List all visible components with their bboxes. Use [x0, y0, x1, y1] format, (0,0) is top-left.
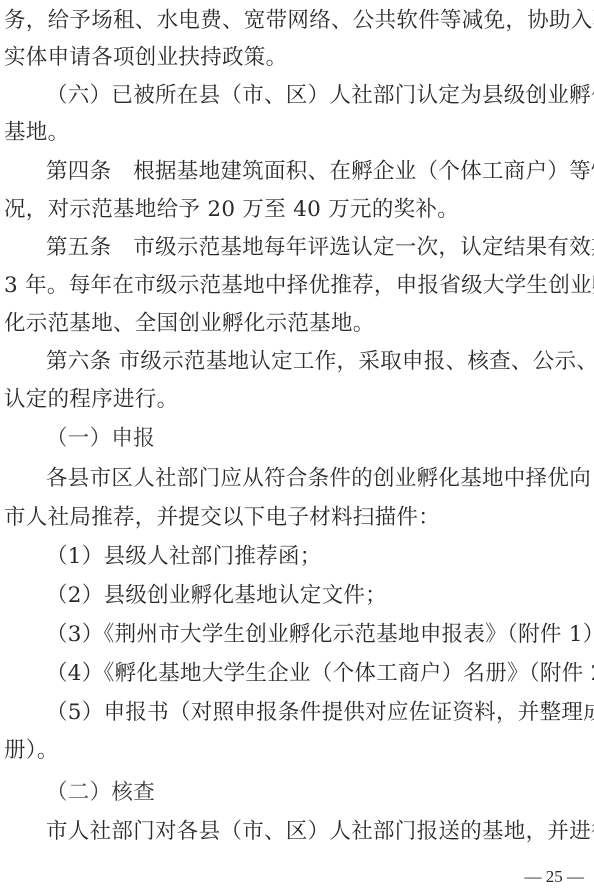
document-page: 务，给予场租、水电费、宽带网络、公共软件等减免，协助入驻 实体申请各项创业扶持政… [0, 0, 594, 892]
list-item: （3）《荆州市大学生创业孵化示范基地申报表》（附件 1）； [46, 622, 594, 648]
list-item: （5）申报书（对照申报条件提供对应佐证资料，并整理成 [46, 700, 594, 726]
text-line: （六）已被所在县（市、区）人社部门认定为县级创业孵化 [46, 83, 594, 109]
article-heading-line: 第四条 根据基地建筑面积、在孵企业（个体工商户）等情 [46, 159, 594, 185]
text-line: 基地。 [4, 120, 69, 146]
text-line: 实体申请各项创业扶持政策。 [4, 45, 287, 71]
article-heading-line: 第五条 市级示范基地每年评选认定一次，认定结果有效期 [46, 235, 594, 261]
text-line: 各县市区人社部门应从符合条件的创业孵化基地中择优向 [46, 466, 591, 492]
list-item: （1）县级人社部门推荐函； [46, 544, 322, 570]
text-line: 化示范基地、全国创业孵化示范基地。 [4, 311, 375, 337]
section-heading: （一）申报 [46, 426, 155, 452]
article-heading-line: 第六条 市级示范基地认定工作，采取申报、核查、公示、 [46, 349, 594, 375]
text-line: 市人社局推荐，并提交以下电子材料扫描件： [4, 505, 440, 531]
text-line: 市人社部门对各县（市、区）人社部门报送的基地，并进行 [46, 819, 594, 845]
text-line: 认定的程序进行。 [4, 387, 178, 413]
text-line: 务，给予场租、水电费、宽带网络、公共软件等减免，协助入驻 [4, 8, 594, 34]
list-item: （2）县级创业孵化基地认定文件； [46, 583, 387, 609]
text-line: 册）。 [4, 738, 59, 764]
section-heading: （二）核查 [46, 780, 155, 806]
list-item: （4）《孵化基地大学生企业（个体工商户）名册》（附件 2）； [46, 661, 594, 687]
text-line: 3 年。每年在市级示范基地中择优推荐，申报省级大学生创业孵 [4, 273, 594, 299]
page-number: — 25 — [525, 866, 585, 888]
text-line: 况，对示范基地给予 20 万至 40 万元的奖补。 [4, 197, 459, 223]
